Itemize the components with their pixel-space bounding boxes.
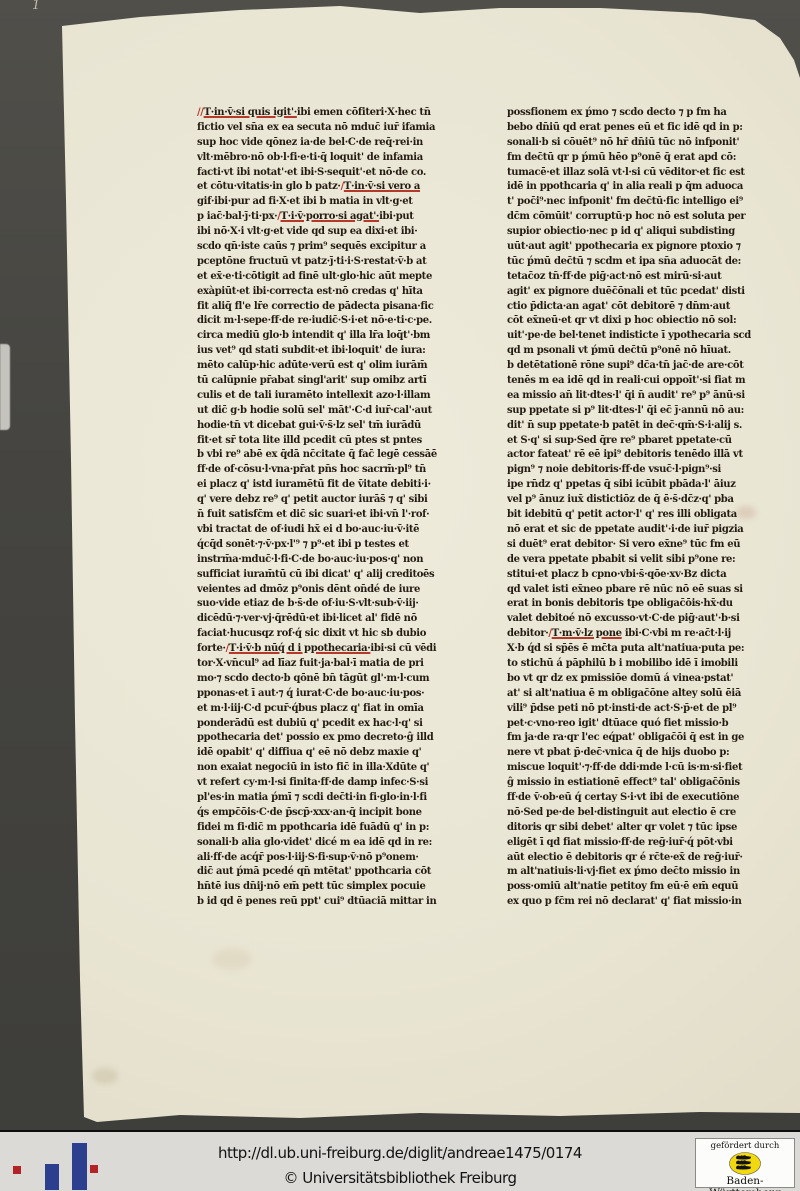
manuscript-line: miscue loquit'·⁊·ff·de ddi·mde l·cū is·m…: [507, 761, 773, 776]
manuscript-line: bit idebitū q' petit actor·l' q' res ill…: [507, 508, 773, 523]
manuscript-line: n̄ fuit satisfc̄m et dic̄ sic suari·et i…: [197, 508, 453, 523]
manuscript-line: at' si alt'natiua ē m obligac̄ōne altey …: [507, 687, 773, 702]
manuscript-line: q́s empc̄ōis·C·de p̄scp̄·xxx·an·q̄ incip…: [197, 806, 453, 821]
manuscript-line: ius vet⁹ qd̄ stati subdit·et ibi·loquit'…: [197, 344, 453, 359]
manuscript-line: stitui·et placz b̄ cpno·vbi·s̄·qōe·xv·Bz…: [507, 568, 773, 583]
manuscript-line: possfionem ex ṕmo ⁊ scd̄o decto ⁊ p fm h…: [507, 106, 773, 121]
manuscript-line: X·b̄ q́d si sp̄ēs ē mc̄ta puta alt'natiu…: [507, 642, 773, 657]
manuscript-line: de vera ppetate pbabit si velit sibi p⁹o…: [507, 553, 773, 568]
manuscript-line: ditoris qr sibi debet' alter qr volet ⁊ …: [507, 821, 773, 836]
manuscript-line: fidei m fi·dic̄ m ppothcaria idē fuādū q…: [197, 821, 453, 836]
text-column-left: //T·in·v̄·si quis igit'·ibi emen cōfiter…: [197, 106, 453, 914]
text-column-right: possfionem ex ṕmo ⁊ scd̄o decto ⁊ p fm h…: [507, 106, 773, 914]
manuscript-line: ibi nō·X·i vlt·g·et vide qd̄ sup ea dixi…: [197, 225, 453, 240]
manuscript-line: et S·q' si sup·Sed q̄re re⁹ pbaret ppeta…: [507, 434, 773, 449]
manuscript-line: ĝ missio in estiationē effect⁹ tal' obli…: [507, 776, 773, 791]
manuscript-line: erat in bonis debitoris tpe obligac̄ōis·…: [507, 597, 773, 612]
manuscript-line: scd̄o qn̄·iste caūs ⁊ prim⁹ sequēs excip…: [197, 240, 453, 255]
manuscript-line: ali·ff·de acq́r̄ pos·l·iij·S·fi·sup·v̄·n…: [197, 851, 453, 866]
manuscript-line: valet debitoé nō excusso·vt·C·de piḡ·aut…: [507, 612, 773, 627]
manuscript-line: idē opabit' q' diffiua q' eē nō debz max…: [197, 746, 453, 761]
manuscript-line: eligēt ī qd̄ fiat missio·ff·de reḡ·iur̄·…: [507, 836, 773, 851]
manuscript-line: pceptōne fructuū vt patz·j̄·ti·i·S·resta…: [197, 255, 453, 270]
manuscript-line: actor fateat' rē eē ipi⁹ debitoris tenēd…: [507, 448, 773, 463]
manuscript-line: tū calūpnie pr̄abat singl'arit' sup omib…: [197, 374, 453, 389]
manuscript-line: bo vt qr dz ex pmissiōe domū á vinea·pst…: [507, 672, 773, 687]
manuscript-line: et cōtu·vitatis·in glo b̄ patz·/T·in·v̄·…: [197, 180, 453, 195]
manuscript-line: qd̄ m psonali vt ṕmū dec̄tū p⁹onē nō hīu…: [507, 344, 773, 359]
document-url: http://dl.ub.uni-freiburg.de/diglit/andr…: [0, 1144, 800, 1162]
manuscript-line: sufficiat iuram̄tū cū ibi dicat' q' alij…: [197, 568, 453, 583]
manuscript-line: sonali·b̄ si cōuēt⁹ nō hr̄ dn̄iū tūc nō …: [507, 136, 773, 151]
manuscript-line: hodie·tn̄ vt dicebat gui·v̄·s̄·lz sel' t…: [197, 419, 453, 434]
manuscript-line: fm dec̄tū qr p ṕmū hēo p⁹onē q̄ erat apd…: [507, 151, 773, 166]
manuscript-line: q́cq̄d sonēt·⁊·v̄·px·l'⁹ ⁊ p⁹·et ibi p t…: [197, 538, 453, 553]
manuscript-line: dc̄m cōmūit' corruptū·p hoc nō est solut…: [507, 210, 773, 225]
manuscript-line: t' poc̄i⁹·nec infponit' fm dec̄tū·fic in…: [507, 195, 773, 210]
manuscript-line: tūc ṕmū dec̄tū ⁊ scd̄m et ipa sn̄a aduoc…: [507, 255, 773, 270]
manuscript-line: uit'·pe·de bel·tenet indisticte ī ypothe…: [507, 329, 773, 344]
manuscript-line: b̄ detētationē rōne supi⁹ dc̄a·tn̄ jac̄·…: [507, 359, 773, 374]
manuscript-line: pponas·et ī aut·⁊ q́ iurat·C·de bo·auc·i…: [197, 687, 453, 702]
manuscript-line: ppothecaria det' possio ex pmo decreto·ĝ…: [197, 731, 453, 746]
page-holder-clip: [0, 344, 10, 430]
manuscript-line: vili⁹ p̄dse peti nō pt̄·insti·de act·S·p…: [507, 702, 773, 717]
manuscript-line: veientes ad dmōz p⁹onis dēnt on̄dé de iu…: [197, 583, 453, 598]
manuscript-line: sup hoc vide qōnez ia·de bel·C·de req̄·r…: [197, 136, 453, 151]
manuscript-line: sonali·b̄ alia glo·videt' dicé m ea idē …: [197, 836, 453, 851]
manuscript-line: nō·Sed pe·de bel·distinguit aut electio …: [507, 806, 773, 821]
manuscript-line: ut dic̄ g·b̄ hodie solū sel' māt'·C·d̄ i…: [197, 404, 453, 419]
manuscript-line: bebo dn̄iū qd̄ erat penes eū et fic idē …: [507, 121, 773, 136]
parchment-stain: [212, 948, 252, 970]
manuscript-line: m alt'natiuis·li·vj·fiet ex ṕmo dec̄to m…: [507, 865, 773, 880]
manuscript-line: b̄ vbi re⁹ abē ex q̄dā nc̄citate q̄ fac̄…: [197, 448, 453, 463]
manuscript-line: poss·omiū alt'natie petitoy fm eū·ē em̄ …: [507, 880, 773, 895]
manuscript-line: aūt electio ē debitoris qr é rc̄te·ex̄ d…: [507, 851, 773, 866]
manuscript-line: vel p⁹ ānuz iux̄ distictiōz de q̄ ē·s̄·d…: [507, 493, 773, 508]
manuscript-line: suo·vide etiaz de b̄·s̄·de of·iu·S·vlt·s…: [197, 597, 453, 612]
handwritten-folio-mark: 1: [32, 0, 40, 13]
manuscript-line: facti·vt ibi notat'·et ibi·S·sequit'·et …: [197, 166, 453, 181]
manuscript-line: fm ja·de ra·qr l'ec eq́pat' obligac̄ōi q…: [507, 731, 773, 746]
manuscript-line: et ex̄·e·ti·cōtigit ad finē ult·glo·hic …: [197, 270, 453, 285]
manuscript-line: mo·⁊ scd̄o decto·b̄ qōnē bn̄ tāgūt gl'·m…: [197, 672, 453, 687]
manuscript-line: ponderādū est dubiū q' pcedit ex hac·l·q…: [197, 717, 453, 732]
manuscript-line: mēto calūp·hic adūte·verū est q' olim iu…: [197, 359, 453, 374]
manuscript-line: tumacē·et illaz solā vt·l·si cū vēditor·…: [507, 166, 773, 181]
manuscript-line: dit' n̄ sup ppetate·b̄ patēt in dec̄·qm̄…: [507, 419, 773, 434]
manuscript-line: ei placz q' istd̄ iuramētū fit de v̄itat…: [197, 478, 453, 493]
funding-credit-box: gefördert durch Baden-Württemberg: [695, 1138, 795, 1188]
manuscript-line: forte·/T·i·v̄·b̄ nūq́ d̄ i ppothecaria·i…: [197, 642, 453, 657]
manuscript-line: agit' ex pignore duēc̄ōnali et tūc pceda…: [507, 285, 773, 300]
manuscript-line: ex quo p fc̄m rei nō declarat' q' fiat m…: [507, 895, 773, 910]
manuscript-line: circa mediū glo·b̄ intendit q' illa lr̄a…: [197, 329, 453, 344]
manuscript-line: uūt·aut agit' ppothecaria ex pignore pto…: [507, 240, 773, 255]
manuscript-line: fit·et sr̄ tota lite illd̄ pcedit cū pte…: [197, 434, 453, 449]
manuscript-line: supior obiectio·nec p id q' aliqui subdi…: [507, 225, 773, 240]
manuscript-line: dicēdū·⁊·ver·vj·q̄rēdū·et ibi·licet al' …: [197, 612, 453, 627]
parchment-stain: [92, 1068, 118, 1084]
manuscript-line: ipe rn̄dz q' ppetas q̄ sibi icūbit pbād̄…: [507, 478, 773, 493]
manuscript-line: non exaiat negociū in isto fic̄ in illa·…: [197, 761, 453, 776]
manuscript-line: idē in ppothcaria q' in alia reali p q̄m…: [507, 180, 773, 195]
manuscript-line: si duēt⁹ erat debitor· Si vero ex̄ne⁹ tū…: [507, 538, 773, 553]
manuscript-line: to stichū á pāphilū b̄ i mobilibo idē ī …: [507, 657, 773, 672]
manuscript-line: hn̄tē ius dn̄ij·nō em̄ pett̄ tūc simplex…: [197, 880, 453, 895]
manuscript-line: et m·l·iij·C·d̄ pcur̄·q́bus placz q' fia…: [197, 702, 453, 717]
manuscript-line: debitor·/T·m·v̄·lz pone ibi·C·vbi m re·a…: [507, 627, 773, 642]
manuscript-line: vt refert cy·m·l·si finita·ff·de damp in…: [197, 776, 453, 791]
manuscript-line: dic̄ aut ṕmā pcedé qn̄ mtētat' ppothcari…: [197, 865, 453, 880]
manuscript-line: pet·c·vno·reo igit' dtūace quó fiet miss…: [507, 717, 773, 732]
manuscript-line: gif·ibi·pur ad fi·X·et ibi b̄ matia in v…: [197, 195, 453, 210]
manuscript-line: vbi tractat de of·iudi hx̄ ei d̄ bo·auc·…: [197, 523, 453, 538]
manuscript-line: exàpiūt·et ibi·correcta est·nō credas q'…: [197, 285, 453, 300]
manuscript-line: sup ppetate si p⁹ lit̄·dtes·l' q̄i ec̄ j…: [507, 404, 773, 419]
manuscript-line: ff·de of·cōsu·l·vna·pr̄at pn̄s hoc sacrm…: [197, 463, 453, 478]
copyright-line: © Universitätsbibliothek Freiburg: [0, 1169, 800, 1187]
manuscript-line: ea missio an̄ lit̄·dtes·l' q̄i n̄ audit'…: [507, 389, 773, 404]
baden-wuerttemberg-coat-of-arms-icon: [728, 1152, 762, 1175]
manuscript-page-scan: //T·in·v̄·si quis igit'·ibi emen cōfiter…: [0, 0, 800, 1130]
manuscript-line: fit aliq̄ fl'e lr̄e correctio de pādecta…: [197, 300, 453, 315]
manuscript-line: qd̄ valet isti ex̄neo pbare rē nūc nō eē…: [507, 583, 773, 598]
manuscript-line: ctio p̄dicta·an agat' cōt debitorē ⁊ dn̄…: [507, 300, 773, 315]
manuscript-line: culis et de tali iuramēto intellexit azo…: [197, 389, 453, 404]
manuscript-line: p iac̄·bal·j̄·ti·px·/T·i·v̄·porro·si aga…: [197, 210, 453, 225]
manuscript-line: b̄ id qd̄ ē penes reū ppt' cui⁹ dtūaciā …: [197, 895, 453, 910]
manuscript-line: fictio vel sn̄a ex ea secuta nō mduc̄ iu…: [197, 121, 453, 136]
manuscript-line: nō erat et sic de ppetate audit'·i·de iu…: [507, 523, 773, 538]
manuscript-line: q' vere debz re⁹ q' petit auctor iurās̄ …: [197, 493, 453, 508]
manuscript-line: tenēs m ea idē qd̄ in reali·cui oppoīt'·…: [507, 374, 773, 389]
manuscript-line: instrm̄a·mduc̄·l·fi·C·de bo·auc·iu·pos·q…: [197, 553, 453, 568]
manuscript-line: faciat·hucusqz rof·q́ sic dixit vt hic s…: [197, 627, 453, 642]
funding-label: gefördert durch: [696, 1141, 794, 1151]
manuscript-line: //T·in·v̄·si quis igit'·ibi emen cōfiter…: [197, 106, 453, 121]
manuscript-line: cōt ex̄neū·et qr vt dixi p hoc obiectio …: [507, 314, 773, 329]
manuscript-line: tor·X·vn̄cul⁹ ad līaz fuit·ja·bal·ī mati…: [197, 657, 453, 672]
viewer-footer-bar: http://dl.ub.uni-freiburg.de/diglit/andr…: [0, 1130, 800, 1191]
manuscript-line: tetac̄oz tn̄·ff·de piḡ·act·nō est mirū·s…: [507, 270, 773, 285]
manuscript-line: ff·de v̄·ob·eū q́ certay S·i·vt ibi de e…: [507, 791, 773, 806]
manuscript-line: nere vt pbat p̄·dec̄·vnica q̄ de hijs du…: [507, 746, 773, 761]
manuscript-line: pign⁹ ⁊ noie debitoris·ff·de vsuc̄·l·pig…: [507, 463, 773, 478]
manuscript-line: dicit m·l·sepe·ff·de re·iudic̄·S·i·et nō…: [197, 314, 453, 329]
manuscript-line: pl'es·in matia ṕmī ⁊ scd̄i dec̄ti·in fi·…: [197, 791, 453, 806]
funding-name: Baden-Württemberg: [696, 1175, 794, 1191]
manuscript-line: vlt·mēbro·nō ob·l·fi·e·ti·q̄ loquit' de …: [197, 151, 453, 166]
